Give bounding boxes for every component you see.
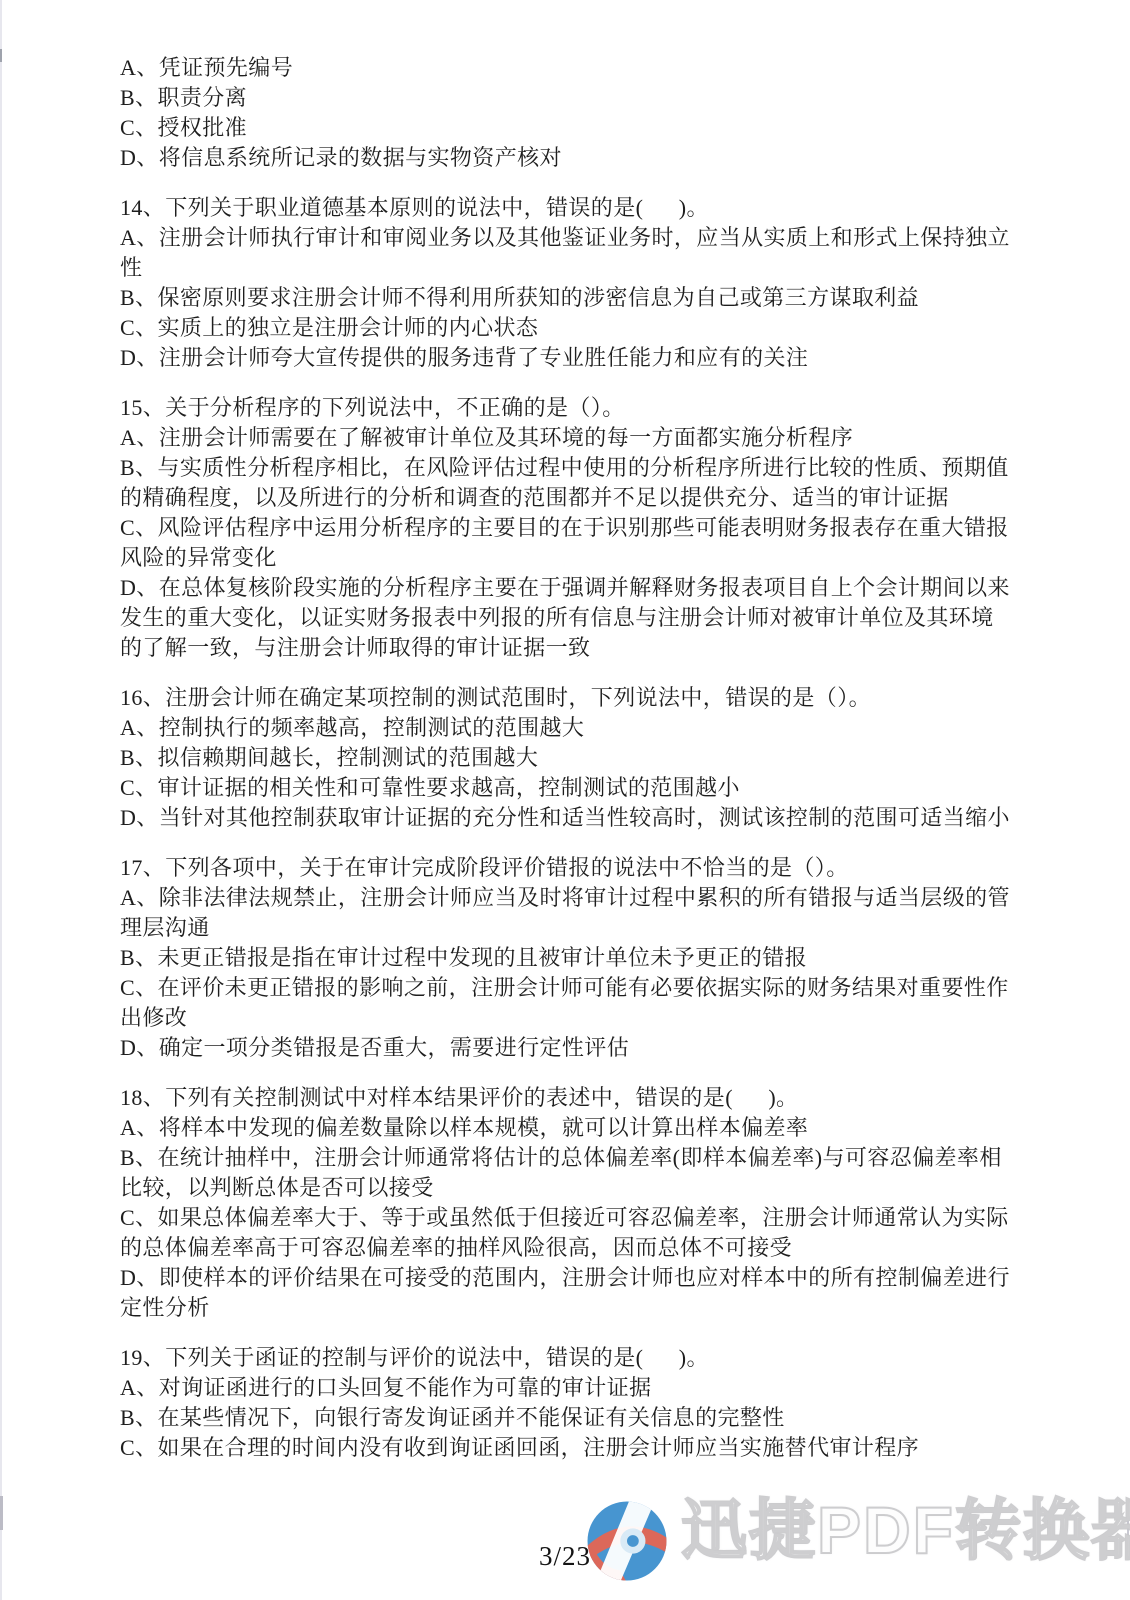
question-14: 14、下列关于职业道德基本原则的说法中，错误的是( )。 A、注册会计师执行审计…: [120, 193, 1015, 373]
option-d: D、确定一项分类错报是否重大，需要进行定性评估: [120, 1033, 1015, 1063]
document-page: A、凭证预先编号 B、职责分离 C、授权批准 D、将信息系统所记录的数据与实物资…: [0, 0, 1130, 1600]
option-a: A、注册会计师需要在了解被审计单位及其环境的每一方面都实施分析程序: [120, 423, 1015, 453]
exam-content: A、凭证预先编号 B、职责分离 C、授权批准 D、将信息系统所记录的数据与实物资…: [120, 0, 1015, 1463]
question-18: 18、下列有关控制测试中对样本结果评价的表述中，错误的是( )。 A、将样本中发…: [120, 1083, 1015, 1323]
option-c: C、如果在合理的时间内没有收到询证函回函，注册会计师应当实施替代审计程序: [120, 1433, 1015, 1463]
option-c: C、风险评估程序中运用分析程序的主要目的在于识别那些可能表明财务报表存在重大错报…: [120, 513, 1015, 573]
option-b: B、拟信赖期间越长，控制测试的范围越大: [120, 743, 1015, 773]
option-b: B、保密原则要求注册会计师不得利用所获知的涉密信息为自己或第三方谋取利益: [120, 283, 1015, 313]
question-stem: 19、下列关于函证的控制与评价的说法中，错误的是( )。: [120, 1343, 1015, 1373]
option-a: A、凭证预先编号: [120, 53, 1015, 83]
option-b: B、在统计抽样中，注册会计师通常将估计的总体偏差率(即样本偏差率)与可容忍偏差率…: [120, 1143, 1015, 1203]
question-13-options: A、凭证预先编号 B、职责分离 C、授权批准 D、将信息系统所记录的数据与实物资…: [120, 53, 1015, 173]
question-16: 16、注册会计师在确定某项控制的测试范围时，下列说法中，错误的是（）。 A、控制…: [120, 683, 1015, 833]
option-a: A、对询证函进行的口头回复不能作为可靠的审计证据: [120, 1373, 1015, 1403]
option-c: C、在评价未更正错报的影响之前，注册会计师可能有必要依据实际的财务结果对重要性作…: [120, 973, 1015, 1033]
question-17: 17、下列各项中，关于在审计完成阶段评价错报的说法中不恰当的是（）。 A、除非法…: [120, 853, 1015, 1063]
option-c: C、如果总体偏差率大于、等于或虽然低于但接近可容忍偏差率，注册会计师通常认为实际…: [120, 1203, 1015, 1263]
question-15: 15、关于分析程序的下列说法中，不正确的是（）。 A、注册会计师需要在了解被审计…: [120, 393, 1015, 663]
option-b: B、与实质性分析程序相比，在风险评估过程中使用的分析程序所进行比较的性质、预期值…: [120, 453, 1015, 513]
option-b: B、在某些情况下，向银行寄发询证函并不能保证有关信息的完整性: [120, 1403, 1015, 1433]
option-d: D、即使样本的评价结果在可接受的范围内，注册会计师也应对样本中的所有控制偏差进行…: [120, 1263, 1015, 1323]
option-c: C、审计证据的相关性和可靠性要求越高，控制测试的范围越小: [120, 773, 1015, 803]
question-stem: 18、下列有关控制测试中对样本结果评价的表述中，错误的是( )。: [120, 1083, 1015, 1113]
option-c: C、实质上的独立是注册会计师的内心状态: [120, 313, 1015, 343]
scan-artifact-tick: [0, 49, 2, 62]
option-d: D、当针对其他控制获取审计证据的充分性和适当性较高时，测试该控制的范围可适当缩小: [120, 803, 1015, 833]
option-b: B、未更正错报是指在审计过程中发现的且被审计单位未予更正的错报: [120, 943, 1015, 973]
option-a: A、将样本中发现的偏差数量除以样本规模，就可以计算出样本偏差率: [120, 1113, 1015, 1143]
page-edge-line: [0, 0, 2, 1600]
question-stem: 15、关于分析程序的下列说法中，不正确的是（）。: [120, 393, 1015, 423]
watermark: 迅捷PDF转换器: [585, 1488, 1130, 1587]
option-a: A、注册会计师执行审计和审阅业务以及其他鉴证业务时，应当从实质上和形式上保持独立…: [120, 223, 1015, 283]
question-stem: 17、下列各项中，关于在审计完成阶段评价错报的说法中不恰当的是（）。: [120, 853, 1015, 883]
option-d: D、将信息系统所记录的数据与实物资产核对: [120, 143, 1015, 173]
option-a: A、控制执行的频率越高，控制测试的范围越大: [120, 713, 1015, 743]
option-d: D、在总体复核阶段实施的分析程序主要在于强调并解释财务报表项目自上个会计期间以来…: [120, 573, 1015, 663]
scan-artifact-tick: [0, 1496, 3, 1530]
option-d: D、注册会计师夸大宣传提供的服务违背了专业胜任能力和应有的关注: [120, 343, 1015, 373]
option-b: B、职责分离: [120, 83, 1015, 113]
question-stem: 14、下列关于职业道德基本原则的说法中，错误的是( )。: [120, 193, 1015, 223]
question-19: 19、下列关于函证的控制与评价的说法中，错误的是( )。 A、对询证函进行的口头…: [120, 1343, 1015, 1463]
page-number: 3/23: [0, 1541, 1130, 1572]
question-stem: 16、注册会计师在确定某项控制的测试范围时，下列说法中，错误的是（）。: [120, 683, 1015, 713]
option-c: C、授权批准: [120, 113, 1015, 143]
option-a: A、除非法律法规禁止，注册会计师应当及时将审计过程中累积的所有错报与适当层级的管…: [120, 883, 1015, 943]
